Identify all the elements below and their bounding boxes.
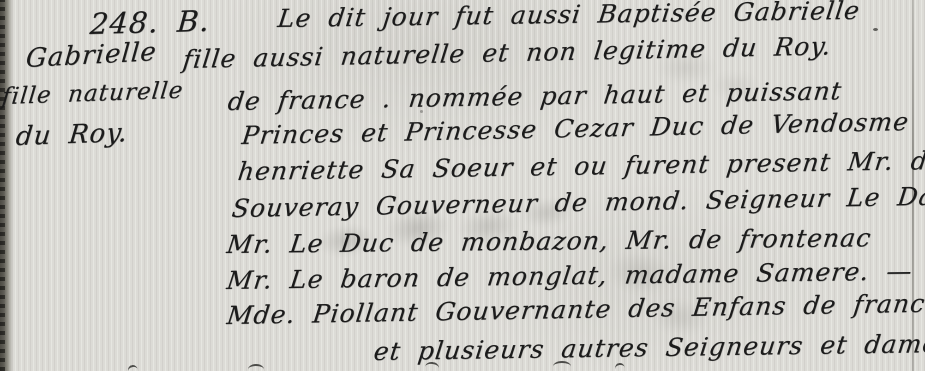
manuscript-line: Mr. Le baron de monglat, madame Samere. … bbox=[225, 256, 914, 295]
margin-note-line: Gabrielle bbox=[25, 37, 158, 74]
entry-number: 248. B. bbox=[89, 4, 212, 41]
page-binding-edge bbox=[0, 0, 13, 371]
cutoff-stroke bbox=[127, 364, 139, 371]
margin-note-line: du Roy. bbox=[14, 118, 129, 152]
cutoff-stroke bbox=[614, 362, 625, 371]
manuscript-line: fille aussi naturelle et non legitime du… bbox=[181, 31, 833, 74]
manuscript-line: henriette Sa Soeur et ou furent present … bbox=[236, 146, 925, 186]
manuscript-page-scan: 248. B. Gabrielle fille naturelle du Roy… bbox=[0, 0, 925, 371]
cutoff-stroke bbox=[248, 364, 264, 371]
manuscript-line: Le dit jour fut aussi Baptisée Gabrielle bbox=[276, 0, 862, 33]
manuscript-line: Souveray Gouverneur de mond. Seigneur Le… bbox=[230, 180, 925, 223]
page-binding-edge-core bbox=[0, 0, 5, 371]
manuscript-line: Mde. Piollant Gouvernante des Enfans de … bbox=[225, 288, 925, 330]
manuscript-line: et plusieurs autres Seigneurs et dames. bbox=[372, 329, 925, 366]
manuscript-line: Mr. Le Duc de monbazon, Mr. de frontenac bbox=[225, 223, 873, 259]
ink-speck bbox=[873, 28, 878, 31]
margin-note-line: fille naturelle bbox=[1, 78, 185, 110]
cutoff-stroke bbox=[553, 361, 571, 371]
